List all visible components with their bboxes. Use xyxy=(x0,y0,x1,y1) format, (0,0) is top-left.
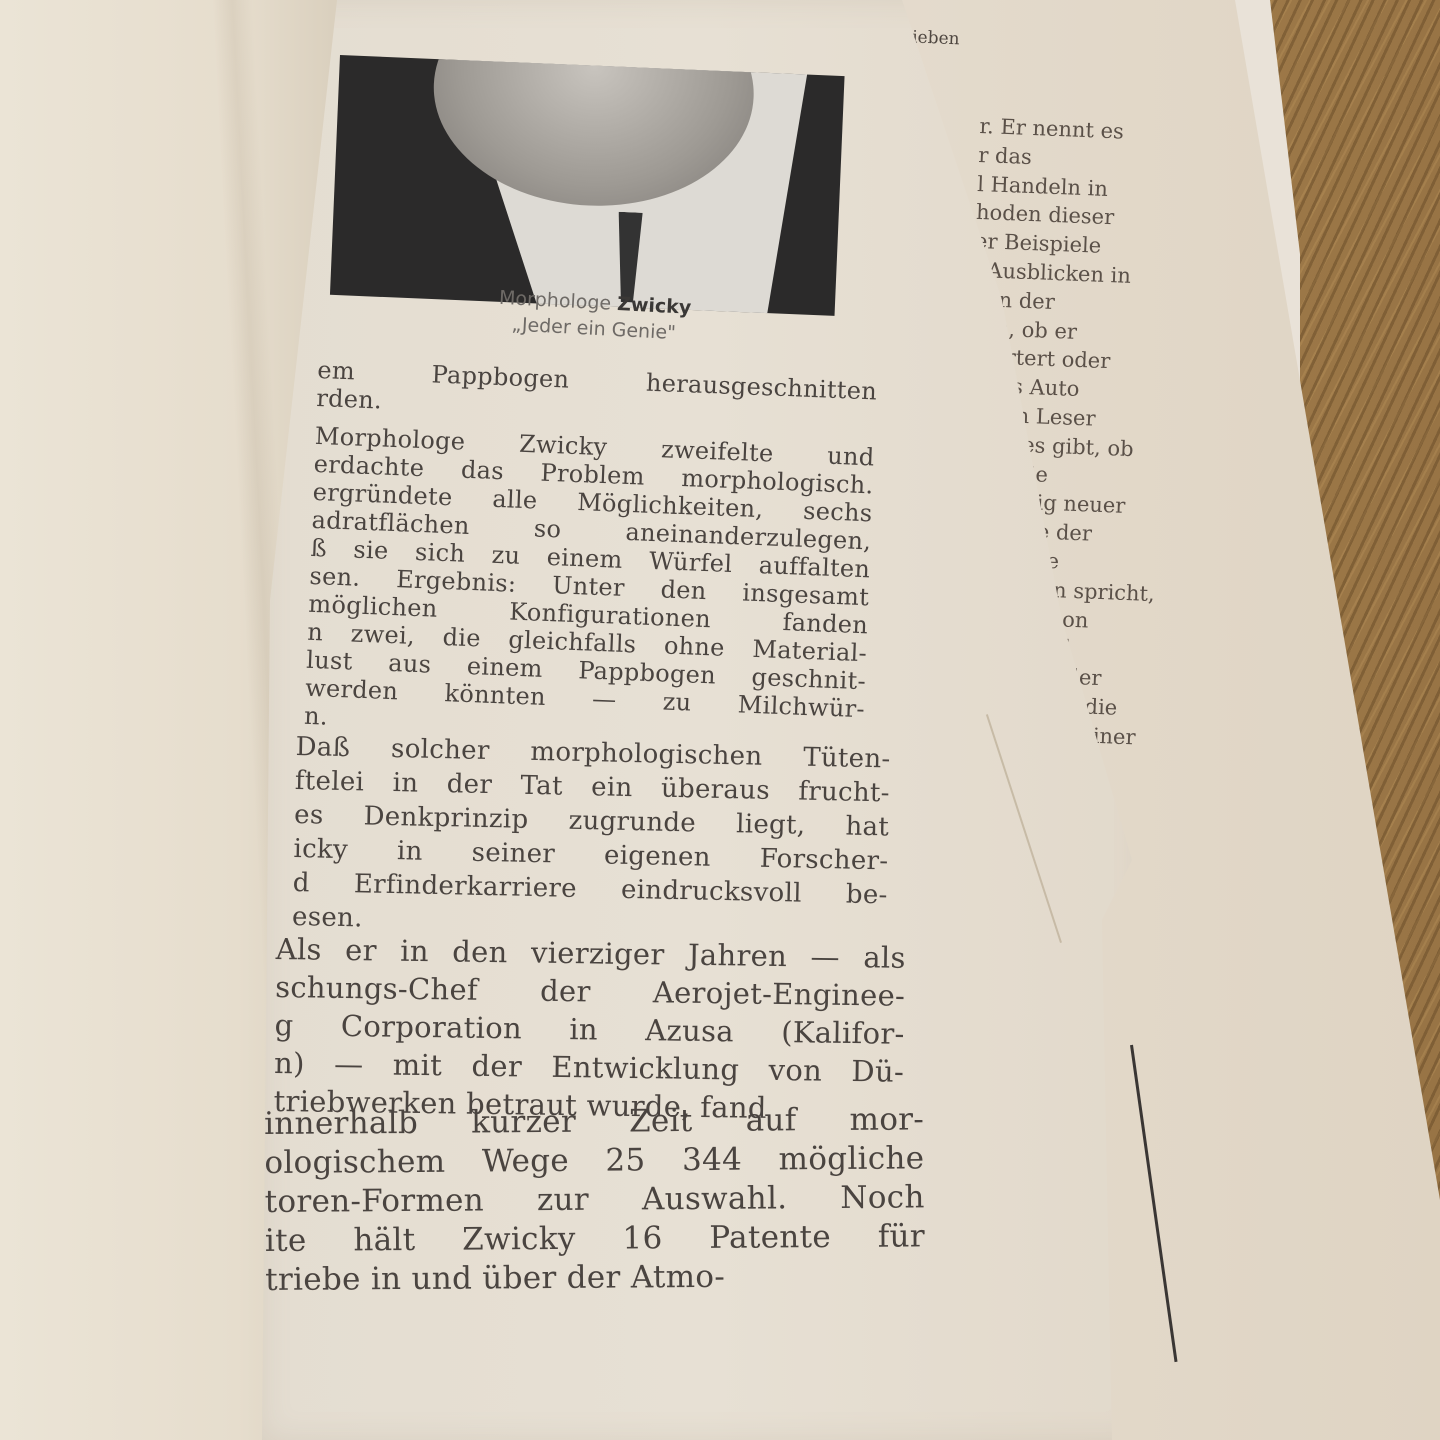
caption-prefix: Morphologe xyxy=(498,287,611,315)
article-line: ologischem Wege 25 344 mögliche xyxy=(264,1139,924,1183)
article-line: innerhalb kurzer Zeit auf mor- xyxy=(264,1100,924,1144)
article-middle: Daß solcher morphologischen Tüten-ftelei… xyxy=(292,730,891,946)
article-tail: innerhalb kurzer Zeit auf mor-ologischem… xyxy=(264,1100,925,1300)
caption-name: Zwicky xyxy=(617,293,692,319)
article-line: ite hält Zwicky 16 Patente für xyxy=(265,1217,925,1261)
article-line: toren-Formen zur Auswahl. Noch xyxy=(265,1178,925,1222)
portrait-photo xyxy=(330,55,845,316)
article-line: triebe in und über der Atmo- xyxy=(265,1256,925,1300)
article-upper: em Pappbogen herausgeschnittenrden.Morph… xyxy=(304,356,878,751)
article-bottom: Als er in den vierziger Jahren — alsschu… xyxy=(273,930,906,1129)
